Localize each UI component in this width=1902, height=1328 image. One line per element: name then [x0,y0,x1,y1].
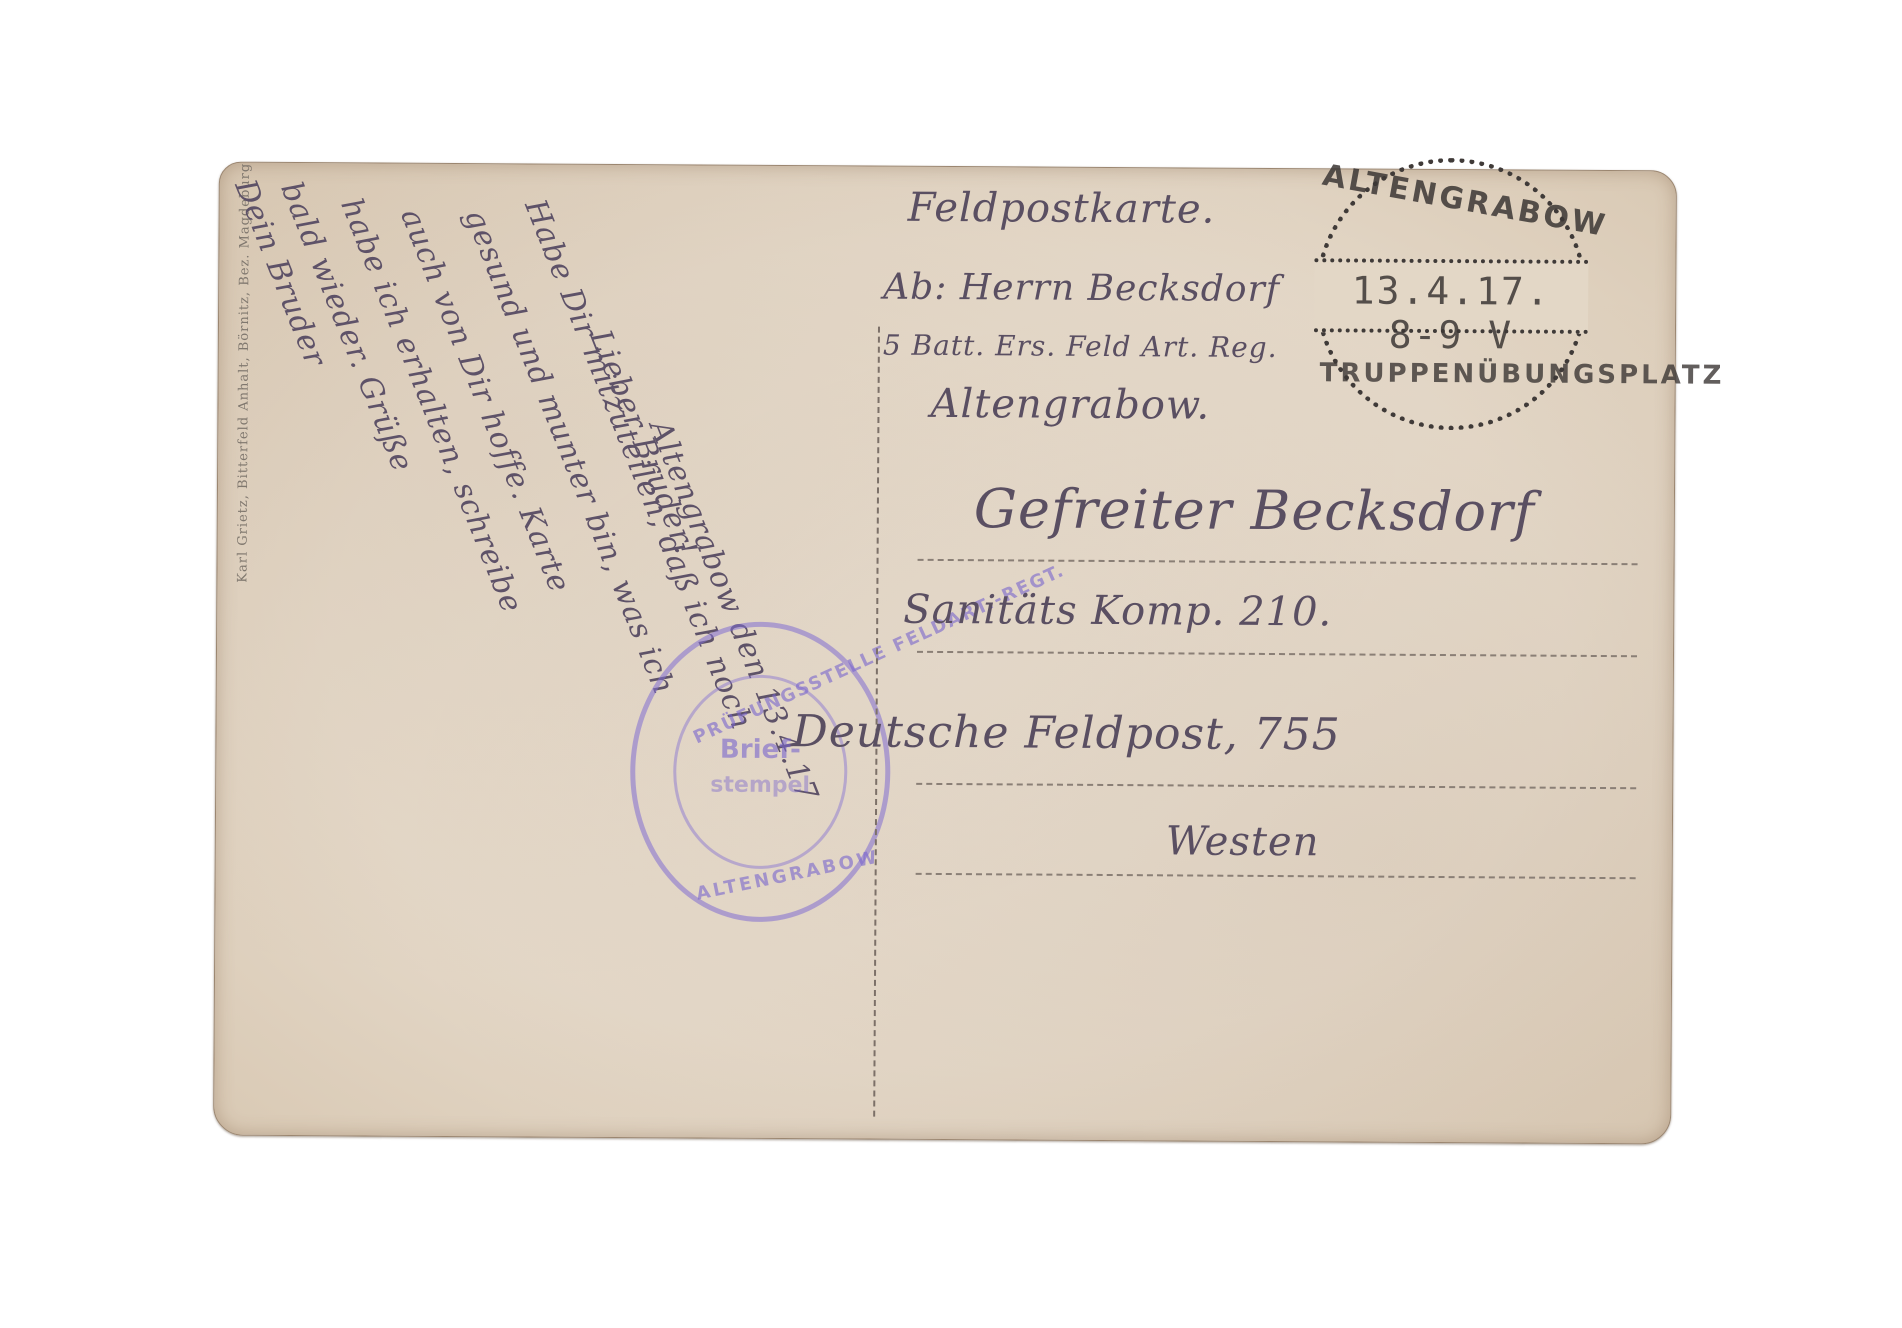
address-line [916,783,1636,789]
sender-unit: 5 Batt. Ers. Feld Art. Reg. [883,329,1278,364]
sender-location: Altengrabow. [930,381,1210,429]
postmark-date: 13.4.17. 8-9 V [1320,268,1583,358]
card-type-header: Feldpostkarte. [908,185,1216,233]
address-line [916,873,1636,879]
recipient-unit: Sanitäts Komp. 210. [903,587,1332,636]
address-line [918,559,1638,565]
recipient-name: Gefreiter Becksdorf [974,477,1535,543]
recipient-post: Deutsche Feldpost, 755 [792,706,1341,760]
postmark-bottom: TRUPPENÜBUNGSPLATZ [1320,358,1582,390]
censor-stamp: PRÜFUNGSSTELLE FELDART.-REGT. Brief- ste… [629,621,891,923]
recipient-region: Westen [1166,818,1320,865]
postcard: Karl Grietz, Bitterfeld Anhalt, Börnitz,… [213,162,1677,1145]
address-line [917,651,1637,657]
sender-name: Ab: Herrn Becksdorf [883,267,1280,310]
postmark: ALTENGRABOW 13.4.17. 8-9 V TRUPPENÜBUNGS… [1314,157,1588,431]
censor-stamp-center-text2: stempel [635,772,885,799]
postmark-town: ALTENGRABOW [1320,158,1584,240]
